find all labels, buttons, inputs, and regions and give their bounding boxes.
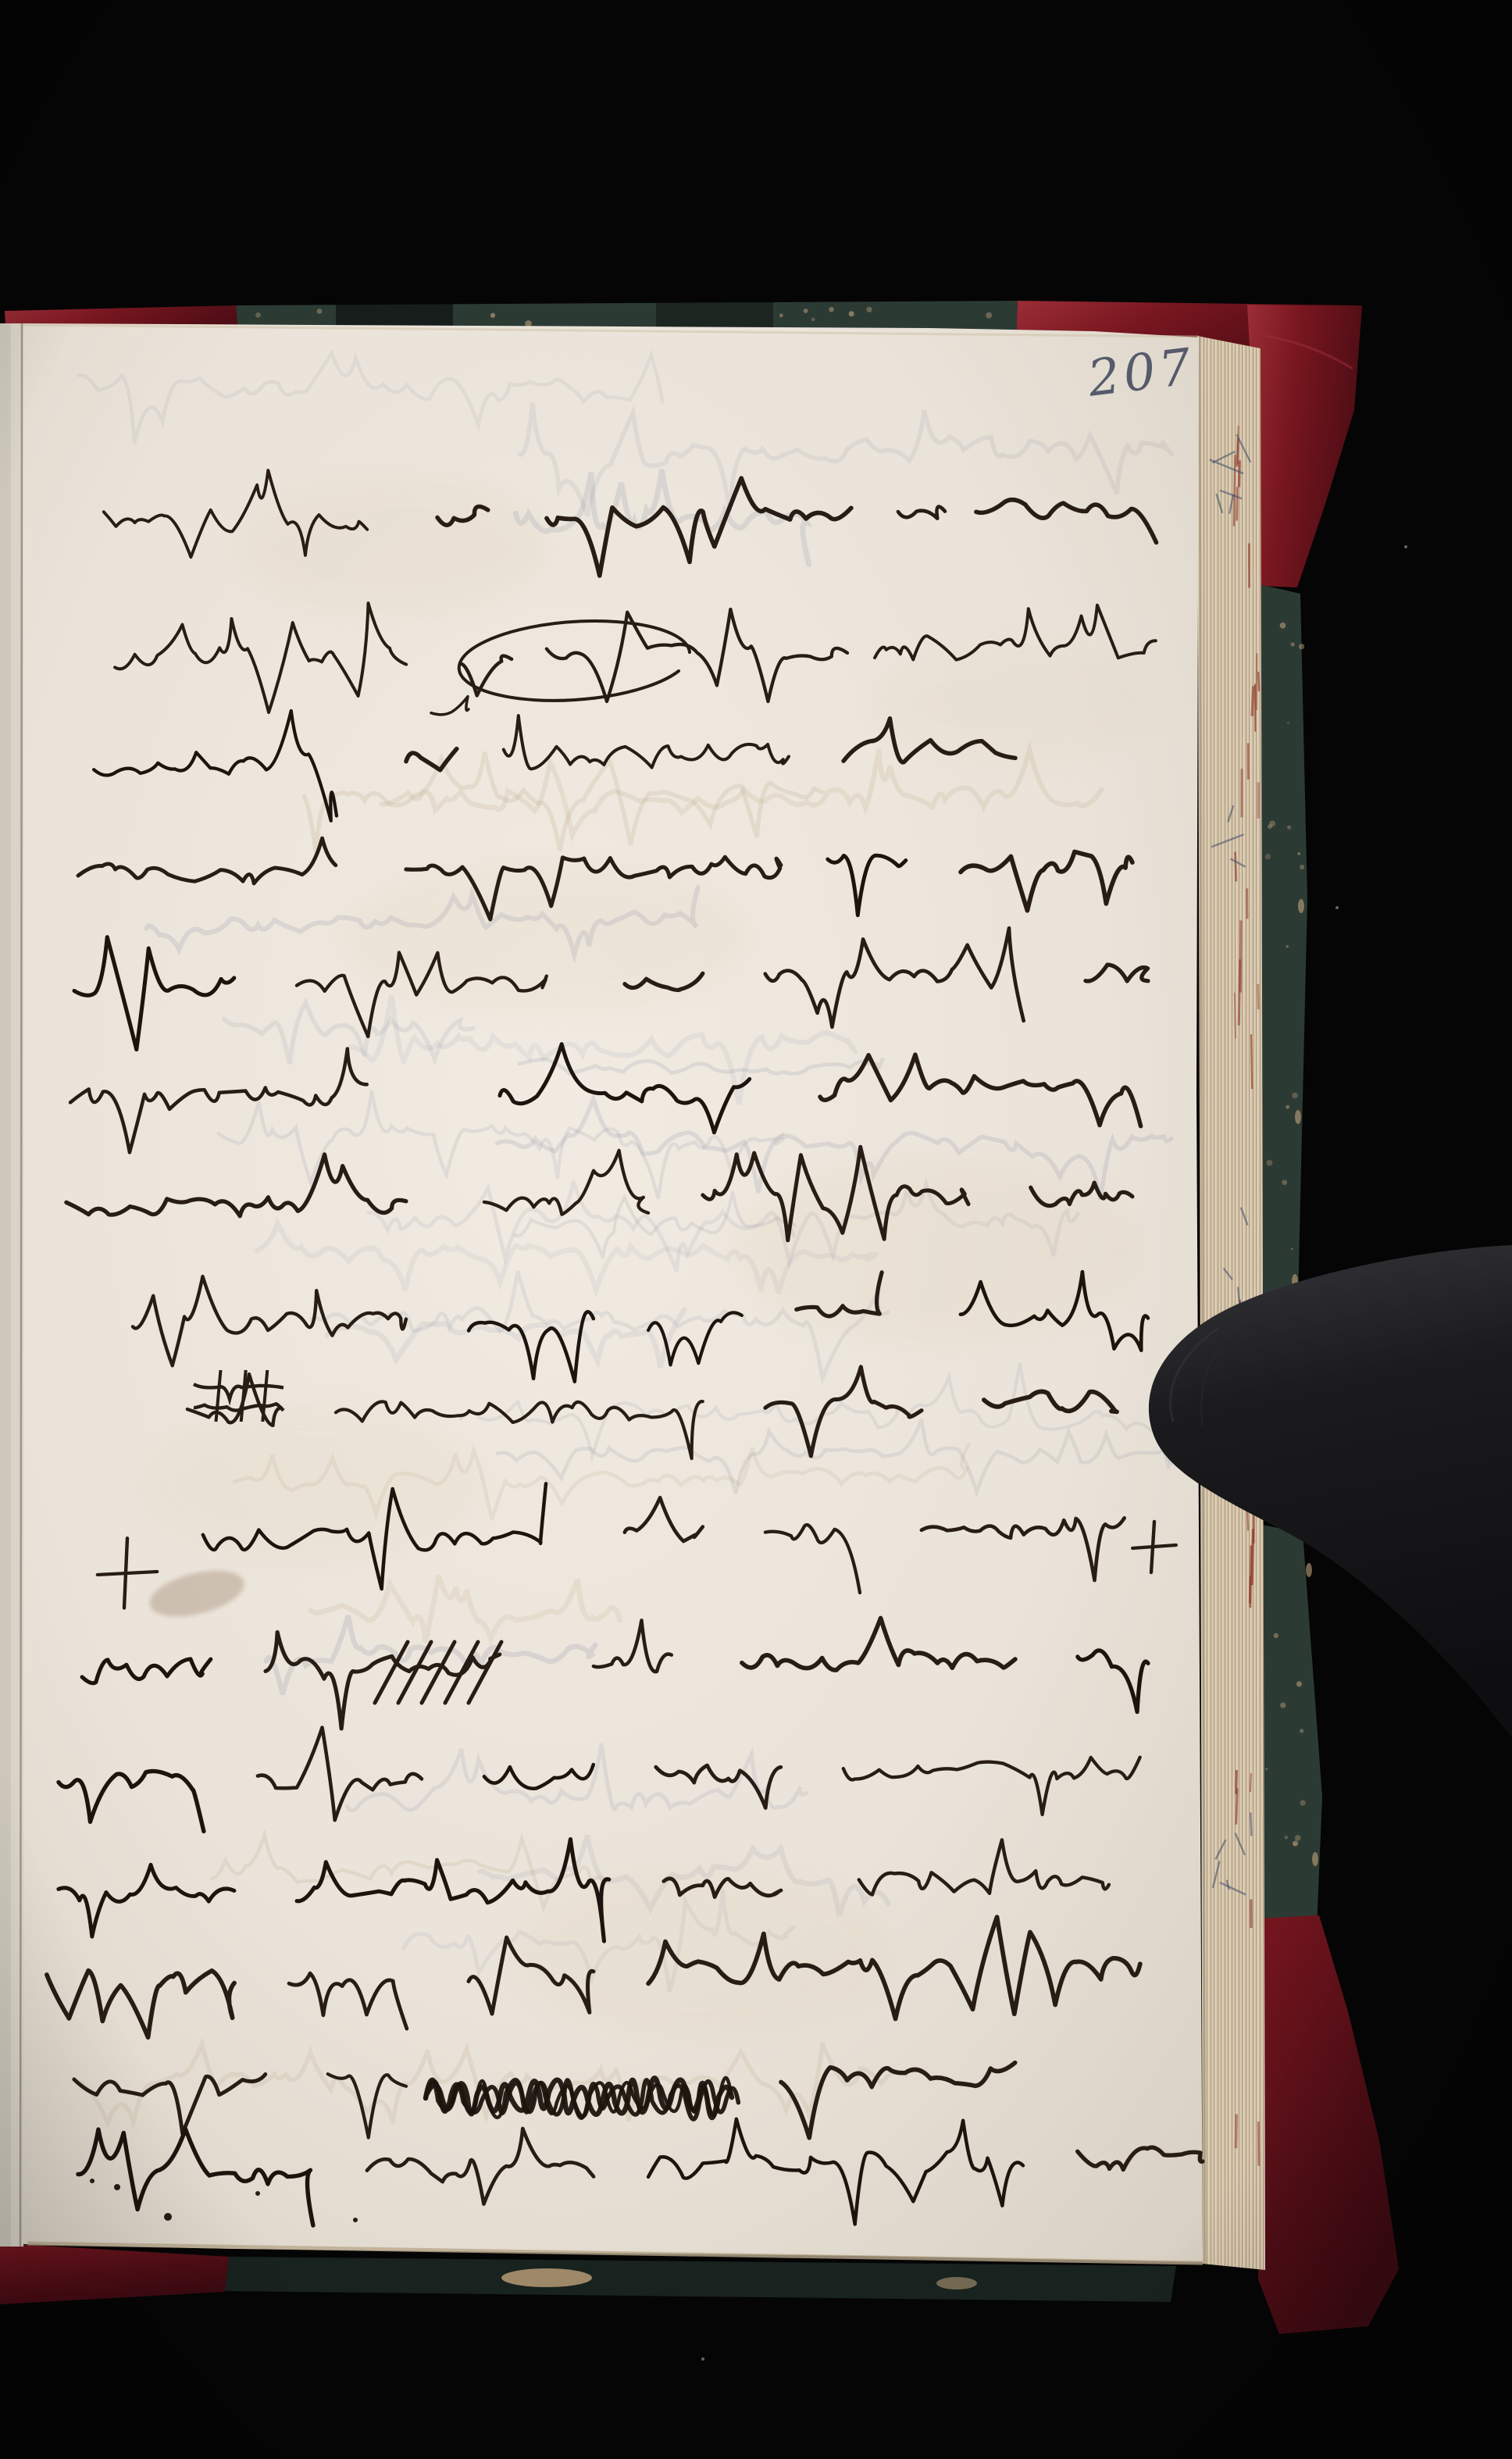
board-speckle [1286, 945, 1289, 948]
board-speckle [1296, 1681, 1302, 1686]
edge-red-marbling [1236, 851, 1236, 881]
edge-red-marbling [1236, 1770, 1237, 1794]
top-edge-speckle [829, 307, 833, 312]
edge-red-marbling [1258, 984, 1259, 1009]
dust-speck [1404, 545, 1407, 548]
board-speckle [1280, 1702, 1286, 1708]
edge-red-marbling [1235, 993, 1236, 1039]
bottom-edge-chip [936, 2277, 977, 2289]
edge-red-marbling [1240, 920, 1241, 992]
board-speckle [1300, 1729, 1303, 1733]
top-edge-speckle [849, 311, 854, 316]
ink-speck [255, 2191, 260, 2196]
board-speckle [1266, 1160, 1272, 1166]
cover-board-teal-upper [1259, 584, 1307, 1319]
edge-red-marbling [1252, 686, 1253, 716]
ink-speck [164, 2213, 172, 2221]
paper-stain [344, 859, 750, 1015]
edge-red-marbling [1258, 2122, 1259, 2165]
top-edge-speckle [255, 312, 261, 318]
board-speckle [1282, 1180, 1287, 1185]
edge-red-marbling [1236, 2114, 1236, 2148]
board-speckle [1286, 1105, 1289, 1109]
top-edge-speckle [779, 313, 783, 317]
edge-red-marbling [1237, 487, 1238, 520]
board-speckle [1299, 644, 1304, 649]
edge-red-marbling [1250, 1773, 1251, 1792]
board-speckle [1291, 1248, 1293, 1250]
edge-red-marbling [1234, 455, 1235, 526]
underpage-shading [0, 323, 11, 2247]
board-speckle [1295, 1835, 1301, 1841]
top-edge-speckle [804, 309, 808, 313]
board-speckle [1293, 1840, 1298, 1846]
board-speckle [1274, 1633, 1278, 1638]
board-speckle [1265, 854, 1271, 859]
board-speckle [1285, 1836, 1289, 1840]
board-speckle [1292, 1093, 1297, 1098]
paper-stain [875, 641, 1156, 766]
board-speckle [1280, 623, 1286, 629]
edge-blue-fleck [1250, 1812, 1251, 1836]
paper-stain [234, 476, 547, 617]
board-speckle [1300, 865, 1304, 869]
ink-speck [353, 2218, 358, 2222]
edge-red-marbling [1258, 672, 1259, 691]
dust-speck [701, 2357, 704, 2361]
board-chip [1312, 1852, 1318, 1866]
board-speckle [1265, 1768, 1268, 1770]
board-speckle [1287, 722, 1289, 724]
top-edge-speckle [317, 309, 323, 314]
photograph: 207 [0, 0, 1512, 2459]
ink-speck [90, 2179, 94, 2183]
board-speckle [1290, 642, 1294, 646]
edge-red-marbling [1237, 438, 1238, 466]
ink-speck [114, 2184, 120, 2190]
dust-speck [1335, 906, 1339, 909]
board-speckle [1269, 820, 1275, 826]
board-chip [1295, 1110, 1301, 1124]
scene: 207 [0, 0, 1512, 2459]
edge-red-marbling [1251, 1034, 1252, 1089]
board-speckle [1287, 826, 1291, 830]
top-edge-speckle [811, 318, 815, 322]
top-edge-speckle [490, 313, 495, 318]
board-chip [1306, 1563, 1312, 1577]
top-edge-speckle [986, 312, 992, 319]
board-chip [1298, 899, 1304, 913]
board-speckle [1300, 1800, 1305, 1805]
left-underpages [0, 323, 23, 2247]
bottom-edge-chip [501, 2268, 592, 2287]
edge-red-marbling [1239, 460, 1240, 487]
edge-red-marbling [1250, 1576, 1250, 1604]
board-speckle [1297, 852, 1300, 855]
top-edge-speckle [866, 307, 872, 312]
